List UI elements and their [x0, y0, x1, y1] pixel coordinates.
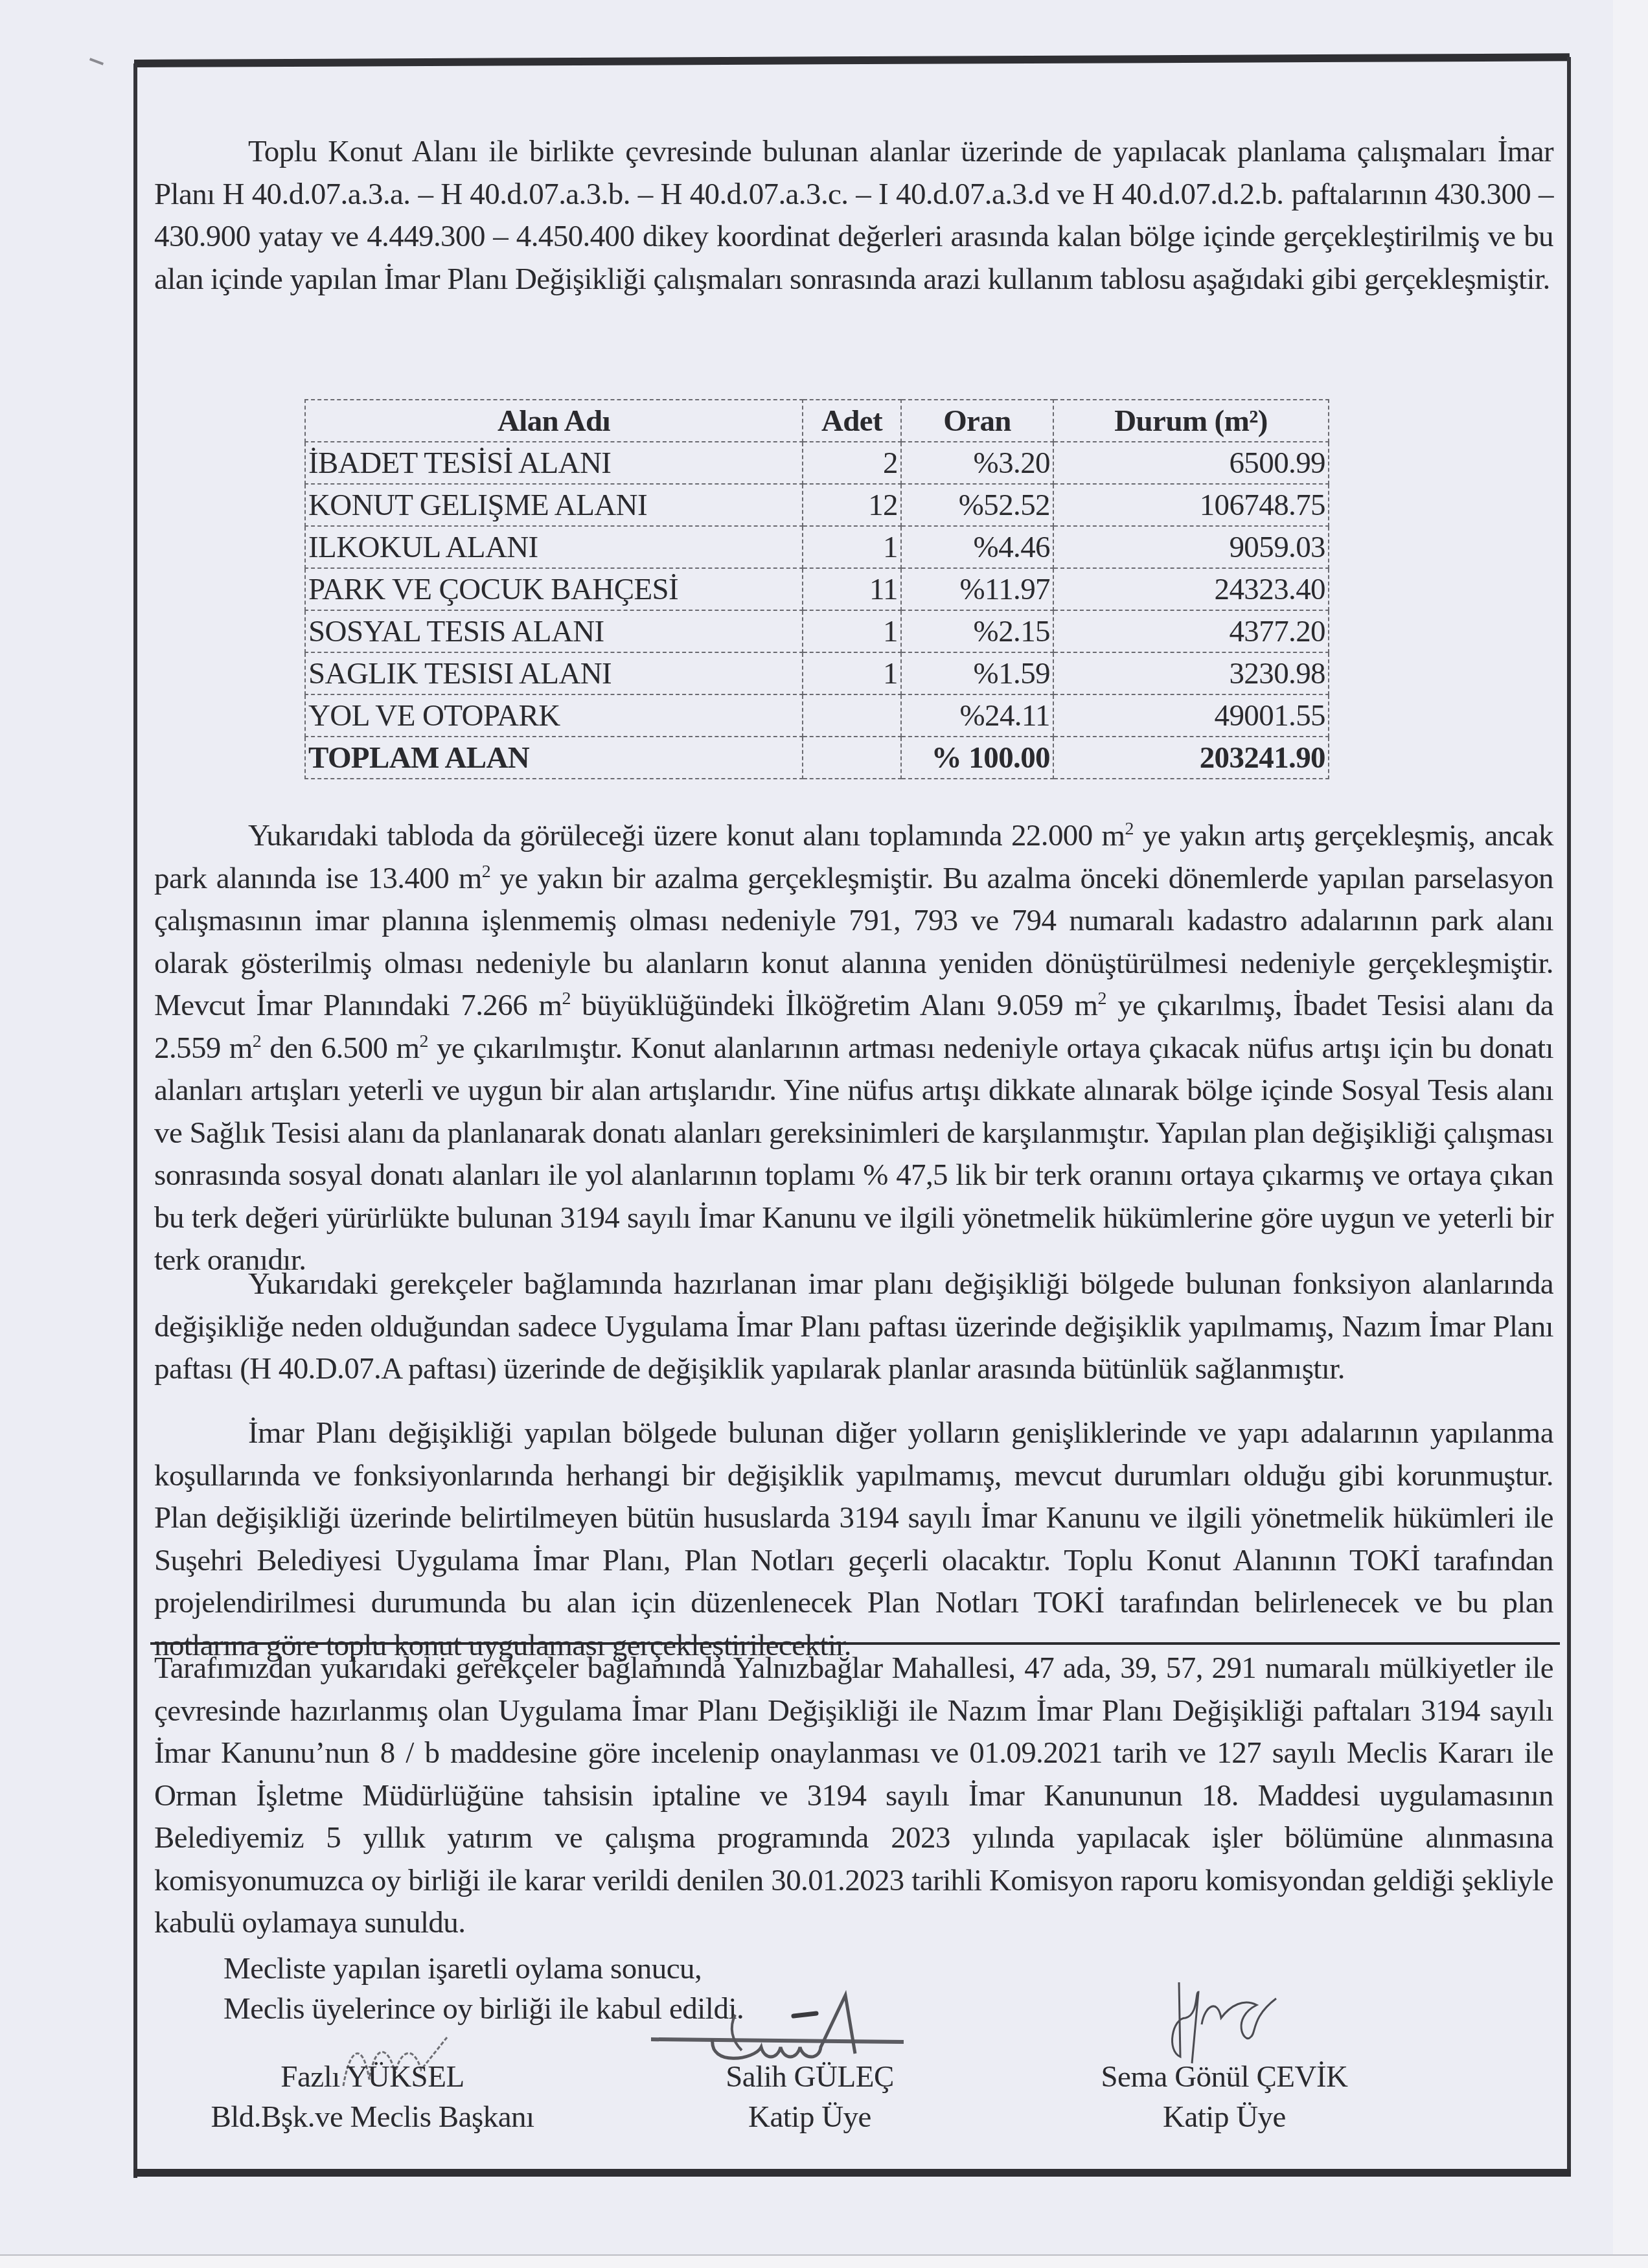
nazim-plan-paragraph: Yukarıdaki gerekçeler bağlamında hazırla…: [154, 1263, 1553, 1391]
cell-adet: 1: [803, 526, 901, 568]
superscript: 2: [1125, 819, 1134, 839]
cell-durum: 203241.90: [1053, 737, 1329, 779]
cell-alan-adi: ILKOKUL ALANI: [305, 526, 803, 568]
section-divider: [150, 1642, 1560, 1645]
cell-adet: 1: [803, 610, 901, 652]
signatory-name: Sema Gönül ÇEVİK: [1062, 2057, 1386, 2097]
page-frame-right: [1567, 57, 1571, 2171]
superscript: 2: [482, 862, 490, 882]
analysis-text-7: ye çıkarılmıştır. Konut alanlarının artm…: [154, 1031, 1553, 1277]
cell-alan-adi: YOL VE OTOPARK: [305, 694, 803, 737]
cell-adet: [803, 694, 901, 737]
cell-oran: %2.15: [901, 610, 1053, 652]
cell-adet: 1: [803, 652, 901, 694]
signatory-chair: Fazlı YÜKSEL Bld.Bşk.ve Meclis Başkanı: [165, 2057, 580, 2137]
table-row: SAGLIK TESISI ALANI1%1.593230.98: [305, 652, 1329, 694]
table-row: YOL VE OTOPARK%24.1149001.55: [305, 694, 1329, 737]
analysis-text-6: den 6.500 m: [261, 1031, 419, 1065]
cell-durum: 6500.99: [1053, 442, 1329, 484]
header-alan-adi: Alan Adı: [305, 400, 803, 442]
table-row: İBADET TESİSİ ALANI2%3.206500.99: [305, 442, 1329, 484]
signatory-title: Bld.Bşk.ve Meclis Başkanı: [165, 2097, 580, 2137]
table-row: SOSYAL TESIS ALANI1%2.154377.20: [305, 610, 1329, 652]
cell-oran: %4.46: [901, 526, 1053, 568]
table-header-row: Alan Adı Adet Oran Durum (m²): [305, 400, 1329, 442]
cell-adet: 12: [803, 484, 901, 526]
signatory-title: Katip Üye: [680, 2097, 939, 2137]
cell-adet: 11: [803, 568, 901, 610]
cell-durum: 49001.55: [1053, 694, 1329, 737]
other-roads-paragraph: İmar Planı değişikliği yapılan bölgede b…: [154, 1412, 1553, 1667]
scan-edge-right: [1613, 0, 1648, 2268]
commission-paragraph: Tarafımızdan yukarıdaki gerekçeler bağla…: [154, 1647, 1553, 1945]
superscript: 2: [419, 1031, 428, 1051]
cell-adet: [803, 737, 901, 779]
cell-alan-adi: SOSYAL TESIS ALANI: [305, 610, 803, 652]
cell-oran: % 100.00: [901, 737, 1053, 779]
vote-line-1: Mecliste yapılan işaretli oylama sonucu,: [223, 1949, 702, 1989]
cell-durum: 4377.20: [1053, 610, 1329, 652]
table-row: KONUT GELIŞME ALANI12%52.52106748.75: [305, 484, 1329, 526]
cell-alan-adi: İBADET TESİSİ ALANI: [305, 442, 803, 484]
header-durum: Durum (m²): [1053, 400, 1329, 442]
cell-alan-adi: KONUT GELIŞME ALANI: [305, 484, 803, 526]
other-roads-text: İmar Planı değişikliği yapılan bölgede b…: [154, 1416, 1553, 1662]
signatory-clerk-2: Sema Gönül ÇEVİK Katip Üye: [1062, 2057, 1386, 2137]
page-frame-left: [133, 63, 137, 2178]
superscript: 2: [1097, 989, 1106, 1009]
superscript: 2: [253, 1031, 261, 1051]
cell-oran: %24.11: [901, 694, 1053, 737]
intro-paragraph: Toplu Konut Alanı ile birlikte çevresind…: [154, 131, 1553, 301]
commission-text: Tarafımızdan yukarıdaki gerekçeler bağla…: [154, 1651, 1553, 1940]
cell-durum: 106748.75: [1053, 484, 1329, 526]
cell-durum: 24323.40: [1053, 568, 1329, 610]
header-adet: Adet: [803, 400, 901, 442]
signatory-title: Katip Üye: [1062, 2097, 1386, 2137]
table-total-row: TOPLAM ALAN% 100.00203241.90: [305, 737, 1329, 779]
land-use-table: Alan Adı Adet Oran Durum (m²) İBADET TES…: [304, 399, 1329, 779]
cell-adet: 2: [803, 442, 901, 484]
signatory-name: Salih GÜLEÇ: [680, 2057, 939, 2097]
analysis-paragraph: Yukarıdaki tabloda da görüleceği üzere k…: [154, 815, 1553, 1282]
cell-durum: 3230.98: [1053, 652, 1329, 694]
analysis-text-1: Yukarıdaki tabloda da görüleceği üzere k…: [248, 819, 1125, 853]
table-body: İBADET TESİSİ ALANI2%3.206500.99KONUT GE…: [305, 442, 1329, 779]
cell-oran: %1.59: [901, 652, 1053, 694]
cell-oran: %52.52: [901, 484, 1053, 526]
cell-oran: %3.20: [901, 442, 1053, 484]
scan-edge-bottom: [0, 2254, 1648, 2268]
cell-durum: 9059.03: [1053, 526, 1329, 568]
cell-alan-adi: TOPLAM ALAN: [305, 737, 803, 779]
signatory-clerk-1: Salih GÜLEÇ Katip Üye: [680, 2057, 939, 2137]
analysis-text-4: büyüklüğündeki İlköğretim Alanı 9.059 m: [571, 989, 1098, 1022]
table-row: ILKOKUL ALANI1%4.469059.03: [305, 526, 1329, 568]
signatory-name: Fazlı YÜKSEL: [165, 2057, 580, 2097]
header-oran: Oran: [901, 400, 1053, 442]
nazim-text: Yukarıdaki gerekçeler bağlamında hazırla…: [154, 1267, 1553, 1386]
cell-oran: %11.97: [901, 568, 1053, 610]
page-frame-top: [134, 53, 1570, 67]
intro-text: Toplu Konut Alanı ile birlikte çevresind…: [154, 135, 1553, 296]
signature-cevik-icon: [1160, 1979, 1289, 2063]
cell-alan-adi: SAGLIK TESISI ALANI: [305, 652, 803, 694]
scan-mark: [89, 58, 104, 65]
cell-alan-adi: PARK VE ÇOCUK BAHÇESİ: [305, 568, 803, 610]
page-frame-bottom: [133, 2169, 1571, 2177]
superscript: 2: [562, 989, 570, 1009]
table-row: PARK VE ÇOCUK BAHÇESİ11%11.9724323.40: [305, 568, 1329, 610]
